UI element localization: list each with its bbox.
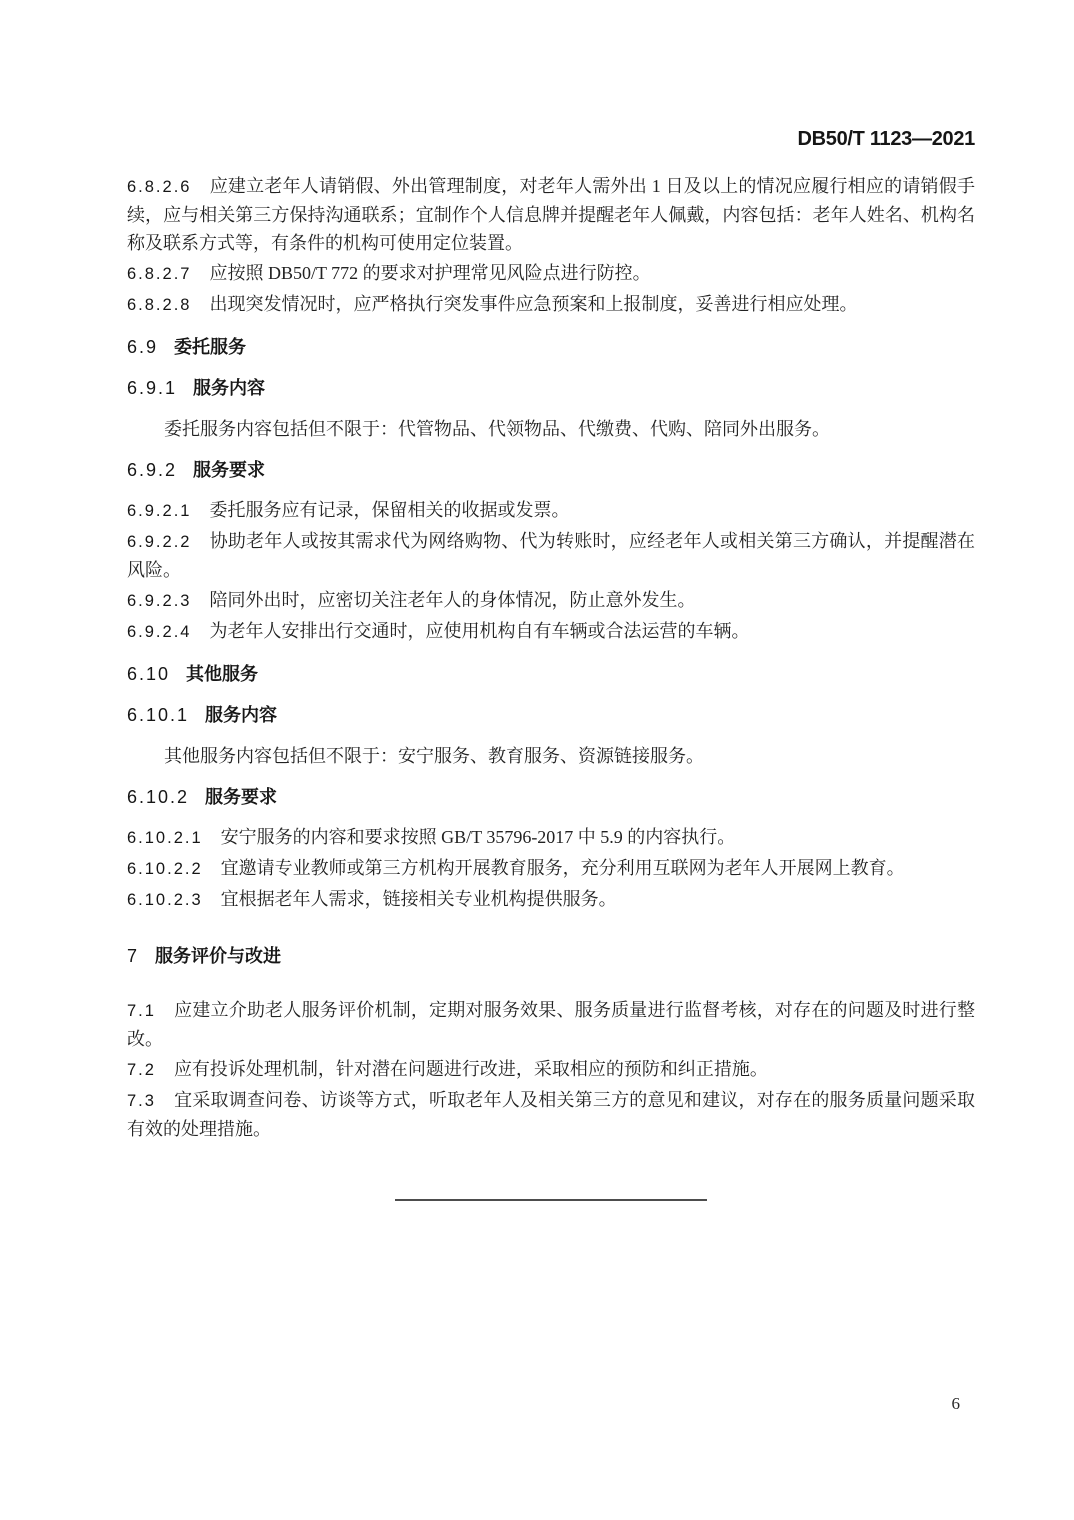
clause-text: 宜采取调查问卷、访谈等方式，听取老年人及相关第三方的意见和建议，对存在的服务质量…: [127, 1090, 975, 1139]
clause-number: 7.2: [127, 1061, 156, 1079]
clause-number: 6.10.2.3: [127, 891, 203, 909]
clause-text: 委托服务应有记录，保留相关的收据或发票。: [209, 500, 569, 520]
clause-6-8-2-7: 6.8.2.7应按照 DB50/T 772 的要求对护理常见风险点进行防控。: [127, 259, 975, 288]
clause-6-10-2-1: 6.10.2.1安宁服务的内容和要求按照 GB/T 35796-2017 中 5…: [127, 823, 975, 852]
heading-title: 服务评价与改进: [155, 946, 281, 966]
heading-title: 其他服务: [186, 664, 258, 684]
heading-title: 服务内容: [193, 378, 265, 398]
clause-6-9-2-3: 6.9.2.3陪同外出时，应密切关注老年人的身体情况，防止意外发生。: [127, 586, 975, 615]
clause-6-8-2-8: 6.8.2.8出现突发情况时，应严格执行突发事件应急预案和上报制度，妥善进行相应…: [127, 290, 975, 319]
clause-text: 陪同外出时，应密切关注老年人的身体情况，防止意外发生。: [209, 590, 695, 610]
heading-number: 6.10.2: [127, 787, 189, 807]
clause-6-10-2-3: 6.10.2.3宜根据老年人需求，链接相关专业机构提供服务。: [127, 885, 975, 914]
clause-number: 6.10.2.1: [127, 829, 203, 847]
section-heading-6-10-2: 6.10.2服务要求: [127, 783, 975, 811]
clause-6-9-2-2: 6.9.2.2协助老年人或按其需求代为网络购物、代为转账时，应经老年人或相关第三…: [127, 527, 975, 584]
page-number: 6: [952, 1394, 961, 1414]
heading-number: 6.10.1: [127, 705, 189, 725]
heading-number: 6.9.2: [127, 460, 177, 480]
document-body: 6.8.2.6应建立老年人请销假、外出管理制度，对老年人需外出 1 日及以上的情…: [127, 172, 975, 1201]
clause-number: 6.9.2.3: [127, 592, 191, 610]
clause-6-9-2-1: 6.9.2.1委托服务应有记录，保留相关的收据或发票。: [127, 496, 975, 525]
clause-text: 协助老年人或按其需求代为网络购物、代为转账时，应经老年人或相关第三方确认，并提醒…: [127, 531, 975, 580]
section-heading-6-9: 6.9委托服务: [127, 333, 975, 361]
clause-6-9-2-4: 6.9.2.4为老年人安排出行交通时，应使用机构自有车辆或合法运营的车辆。: [127, 617, 975, 646]
clause-number: 6.8.2.6: [127, 178, 191, 196]
clause-7-2: 7.2应有投诉处理机制，针对潜在问题进行改进，采取相应的预防和纠正措施。: [127, 1055, 975, 1084]
paragraph-6-9-1: 委托服务内容包括但不限于：代管物品、代领物品、代缴费、代购、陪同外出服务。: [127, 415, 975, 443]
clause-number: 6.10.2.2: [127, 860, 203, 878]
heading-number: 7: [127, 946, 139, 966]
clause-text: 宜根据老年人需求，链接相关专业机构提供服务。: [221, 889, 617, 909]
clause-text: 安宁服务的内容和要求按照 GB/T 35796-2017 中 5.9 的内容执行…: [221, 827, 736, 847]
clause-text: 为老年人安排出行交通时，应使用机构自有车辆或合法运营的车辆。: [209, 621, 749, 641]
clause-text: 应有投诉处理机制，针对潜在问题进行改进，采取相应的预防和纠正措施。: [174, 1059, 768, 1079]
clause-number: 6.9.2.4: [127, 623, 191, 641]
heading-number: 6.9.1: [127, 378, 177, 398]
clause-number: 6.8.2.7: [127, 265, 191, 283]
clause-text: 应按照 DB50/T 772 的要求对护理常见风险点进行防控。: [209, 263, 650, 283]
section-heading-7: 7服务评价与改进: [127, 942, 975, 970]
clause-text: 应建立介助老人服务评价机制，定期对服务效果、服务质量进行监督考核，对存在的问题及…: [127, 1000, 975, 1049]
end-of-document-rule: [395, 1199, 707, 1201]
clause-number: 7.1: [127, 1002, 156, 1020]
heading-title: 服务内容: [205, 705, 277, 725]
clause-number: 7.3: [127, 1092, 156, 1110]
clause-7-1: 7.1应建立介助老人服务评价机制，定期对服务效果、服务质量进行监督考核，对存在的…: [127, 996, 975, 1053]
clause-text: 出现突发情况时，应严格执行突发事件应急预案和上报制度，妥善进行相应处理。: [209, 294, 857, 314]
clause-number: 6.8.2.8: [127, 296, 191, 314]
clause-number: 6.9.2.1: [127, 502, 191, 520]
section-heading-6-9-1: 6.9.1服务内容: [127, 374, 975, 402]
clause-text: 宜邀请专业教师或第三方机构开展教育服务，充分利用互联网为老年人开展网上教育。: [221, 858, 905, 878]
clause-number: 6.9.2.2: [127, 533, 191, 551]
clause-6-8-2-6: 6.8.2.6应建立老年人请销假、外出管理制度，对老年人需外出 1 日及以上的情…: [127, 172, 975, 257]
standard-code-header: DB50/T 1123—2021: [127, 128, 975, 151]
section-heading-6-10: 6.10其他服务: [127, 660, 975, 688]
heading-number: 6.10: [127, 664, 170, 684]
clause-7-3: 7.3宜采取调查问卷、访谈等方式，听取老年人及相关第三方的意见和建议，对存在的服…: [127, 1086, 975, 1143]
heading-title: 委托服务: [174, 337, 246, 357]
heading-title: 服务要求: [193, 460, 265, 480]
paragraph-6-10-1: 其他服务内容包括但不限于：安宁服务、教育服务、资源链接服务。: [127, 742, 975, 770]
section-heading-6-10-1: 6.10.1服务内容: [127, 701, 975, 729]
section-heading-6-9-2: 6.9.2服务要求: [127, 456, 975, 484]
clause-text: 应建立老年人请销假、外出管理制度，对老年人需外出 1 日及以上的情况应履行相应的…: [127, 176, 975, 253]
clause-6-10-2-2: 6.10.2.2宜邀请专业教师或第三方机构开展教育服务，充分利用互联网为老年人开…: [127, 854, 975, 883]
document-page: DB50/T 1123—2021 6.8.2.6应建立老年人请销假、外出管理制度…: [0, 0, 1074, 1520]
heading-number: 6.9: [127, 337, 158, 357]
heading-title: 服务要求: [205, 787, 277, 807]
